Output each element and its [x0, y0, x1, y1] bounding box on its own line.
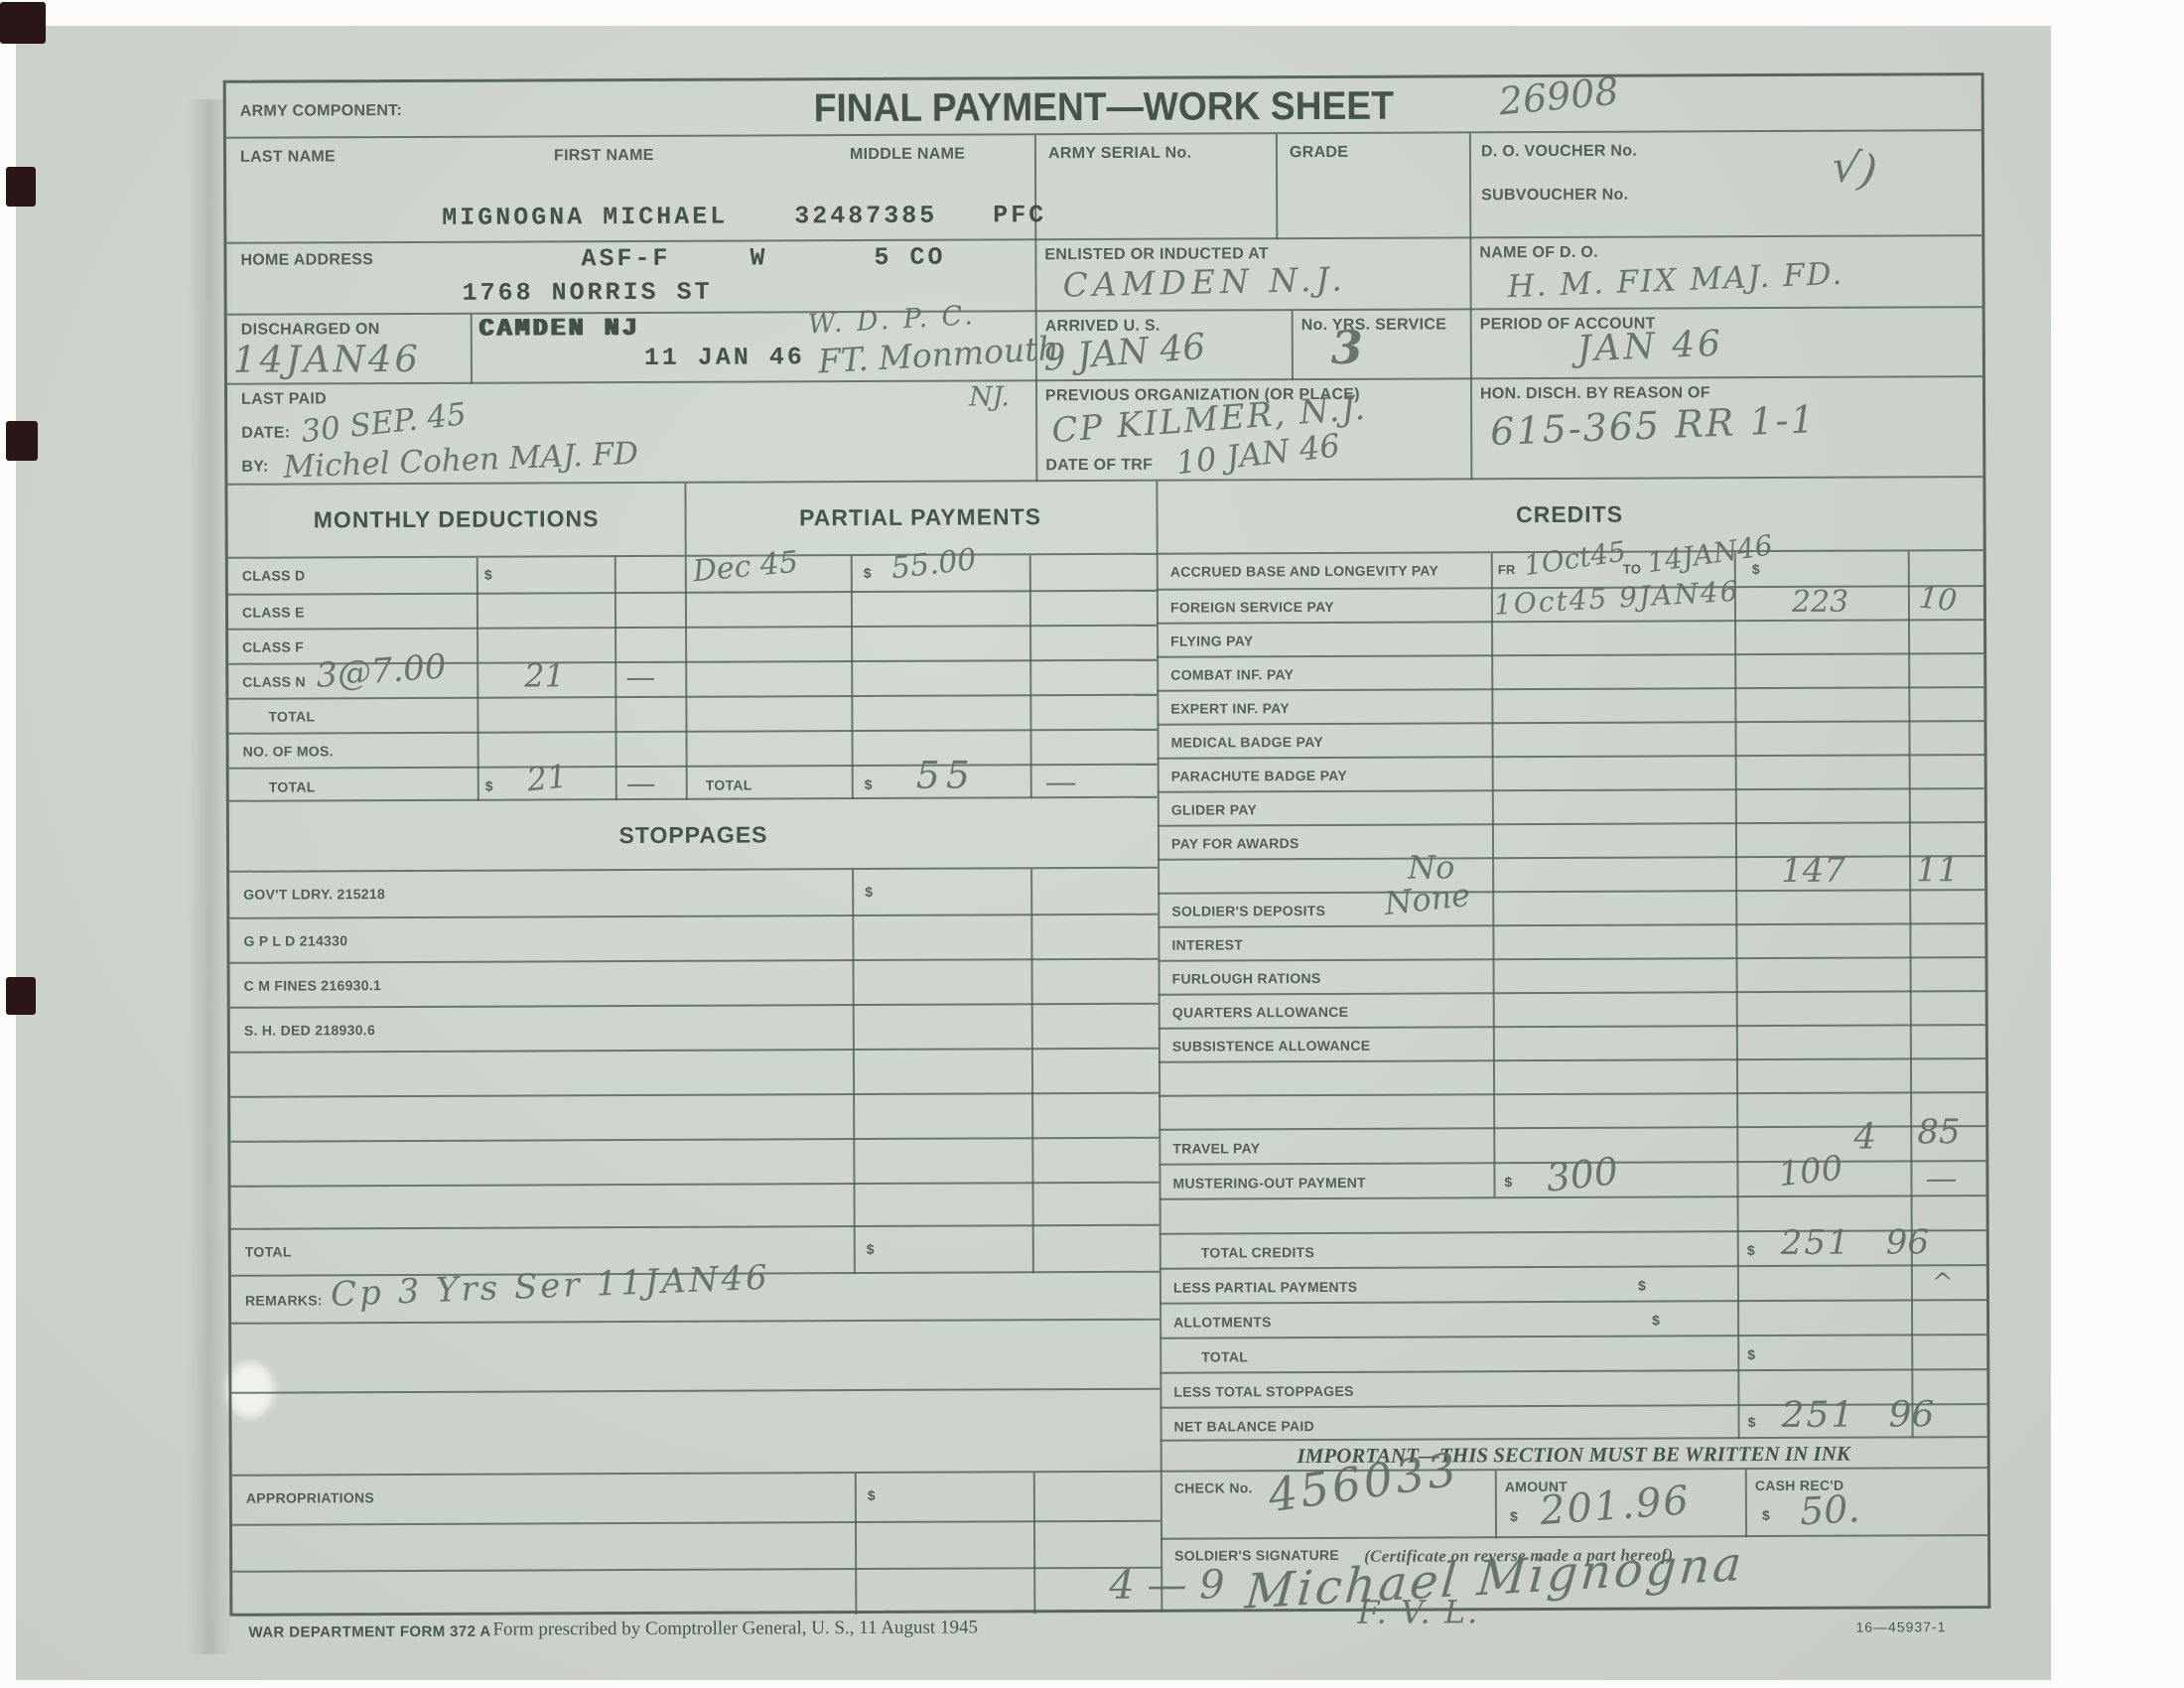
table-row: TOTAL CREDITS $ 251 96	[1160, 1229, 1986, 1268]
table-row: EXPERT INF. PAY	[1157, 686, 1983, 724]
table-row: S. H. DED 218930.6	[230, 1003, 1159, 1052]
table-row: FURLOUGH RATIONS	[1159, 956, 1985, 994]
form-prescribed-text: Form prescribed by Comptroller General, …	[492, 1618, 978, 1641]
typed-soldier-name: MIGNOGNA MICHAEL	[442, 203, 728, 232]
table-row: GLIDER PAY	[1158, 787, 1984, 825]
table-row: TOTAL	[228, 694, 1157, 733]
main-body: MONTHLY DEDUCTIONS PARTIAL PAYMENTS CLAS…	[227, 476, 1987, 1614]
table-row: CLASS N 3@7.00 21 —	[228, 659, 1157, 698]
amount-value: 201.96	[1539, 1480, 1693, 1531]
row-label: S. H. DED 218930.6	[244, 1022, 375, 1039]
total-credits-label: TOTAL CREDITS	[1201, 1244, 1314, 1260]
table-row: C M FINES 216930.1	[230, 958, 1159, 1007]
row-label: NO. OF MOS.	[243, 743, 334, 759]
table-row: CLASS E	[228, 590, 1157, 629]
discharged-on-value: 14JAN46	[233, 341, 421, 378]
row-label: GLIDER PAY	[1171, 801, 1257, 817]
amount-cents: —	[1925, 1162, 1957, 1194]
hon-disch-label: HON. DISCH. BY REASON OF	[1480, 384, 1710, 403]
dollar-sign: $	[1762, 1507, 1770, 1523]
row-label: CLASS F	[242, 638, 304, 654]
row-label: TOTAL	[269, 778, 316, 794]
period-of-account-value: JAN 46	[1576, 327, 1723, 368]
credits-title: CREDITS	[1157, 499, 1983, 530]
remarks-label: REMARKS:	[245, 1292, 323, 1308]
row-label: COMBAT INF. PAY	[1170, 666, 1294, 683]
divider	[1032, 1226, 1034, 1273]
table-row: MEDICAL BADGE PAY	[1157, 720, 1983, 758]
row-label: CLASS D	[242, 567, 306, 583]
amount-dollars: 223	[1792, 588, 1848, 618]
row-label: CLASS N	[242, 673, 306, 689]
dollar-sign: $	[867, 1241, 875, 1257]
total-label: TOTAL	[245, 1244, 292, 1260]
divider	[854, 1227, 856, 1274]
divider	[1469, 133, 1471, 238]
stoppages-table: GOV'T LDRY. 215218 $ G P L D 214330 C M …	[229, 867, 1160, 1228]
grade-label: GRADE	[1290, 144, 1348, 162]
dollar-sign: $	[1747, 1346, 1755, 1362]
table-row	[230, 1048, 1159, 1096]
divider	[1034, 240, 1036, 312]
row-label: GOV'T LDRY. 215218	[243, 886, 385, 903]
army-component-row: ARMY COMPONENT: FINAL PAYMENT—WORK SHEET…	[226, 75, 1981, 137]
table-row	[230, 1182, 1159, 1230]
table-row: G P L D 214330	[229, 914, 1158, 962]
table-row: LESS PARTIAL PAYMENTS $ ^	[1160, 1264, 1986, 1303]
home-address-label: HOME ADDRESS	[240, 251, 373, 270]
typed-city-overstruck: CAMDEN NJ	[479, 314, 640, 344]
typed-company: 5 CO	[874, 243, 945, 272]
right-half: CREDITS ACCRUED BASE AND LONGEVITY PAY F…	[1156, 478, 1987, 1612]
none-annotation: None	[1383, 879, 1472, 919]
subvoucher-handwritten-mark: √)	[1829, 144, 1880, 195]
print-code: 16—45937-1	[1855, 1618, 1946, 1634]
row-label: LESS PARTIAL PAYMENTS	[1173, 1279, 1358, 1296]
row-label: SOLDIER'S DEPOSITS	[1171, 903, 1325, 919]
fr-label: FR	[1498, 562, 1516, 577]
net-balance-dollars: 251	[1781, 1398, 1855, 1434]
dollar-sign: $	[1748, 1414, 1756, 1430]
table-row: SOLDIER'S DEPOSITS None	[1158, 889, 1984, 926]
table-row: PAY FOR AWARDS	[1158, 821, 1984, 859]
table-row: CLASS D $ Dec 45 $ 55.00	[228, 555, 1157, 594]
date-of-trf-label: DATE OF TRF	[1045, 457, 1153, 475]
credits-table: ACCRUED BASE AND LONGEVITY PAY FR 1Oct45…	[1157, 549, 1987, 1440]
table-row: COMBAT INF. PAY	[1157, 652, 1983, 690]
row-label: TOTAL	[268, 708, 315, 724]
do-voucher-label: D. O. VOUCHER No.	[1481, 143, 1637, 162]
typed-unit: ASF-F	[581, 244, 670, 273]
table-row: GOV'T LDRY. 215218 $	[229, 869, 1158, 917]
table-row: APPROPRIATIONS $	[232, 1473, 1160, 1524]
middle-name-label: MIDDLE NAME	[850, 146, 965, 165]
net-balance-cents: 96	[1888, 1397, 1934, 1433]
row-label: EXPERT INF. PAY	[1170, 700, 1290, 717]
table-row: QUARTERS ALLOWANCE	[1159, 990, 1985, 1028]
hw-fort-monmouth: FT. Monmouth	[817, 332, 1059, 378]
table-row	[230, 1137, 1159, 1186]
row-label: CLASS E	[242, 604, 305, 620]
amount-dollars: 21	[524, 659, 565, 691]
subvoucher-label: SUBVOUCHER No.	[1481, 187, 1628, 206]
dollar-sign: $	[865, 776, 873, 792]
divider	[471, 315, 473, 384]
row-label: FURLOUGH RATIONS	[1172, 970, 1321, 987]
appropriations-table: APPROPRIATIONS $	[232, 1471, 1161, 1616]
divider	[1470, 310, 1472, 379]
row-label: SUBSISTENCE ALLOWANCE	[1172, 1038, 1371, 1055]
dollar-sign: $	[485, 778, 493, 794]
deductions-header-band: MONTHLY DEDUCTIONS PARTIAL PAYMENTS	[227, 482, 1156, 557]
do-name-value: H. M. FIX MAJ. FD.	[1507, 259, 1844, 303]
deductions-total-dollars: 21	[525, 760, 569, 795]
table-row: ACCRUED BASE AND LONGEVITY PAY FR 1Oct45…	[1157, 551, 1983, 589]
by-label: BY:	[241, 459, 268, 477]
cash-recd-value: 50.	[1799, 1489, 1860, 1530]
dollar-sign: $	[484, 567, 492, 583]
do-voucher-number-handwritten: 26908	[1497, 71, 1620, 120]
stoppages-header-band: STOPPAGES	[229, 796, 1158, 871]
table-row	[230, 1092, 1159, 1141]
divider	[1745, 1470, 1747, 1537]
yrs-service-value: 3	[1331, 325, 1363, 370]
row-label: INTEREST	[1171, 936, 1243, 952]
divider	[1495, 1471, 1497, 1538]
table-row	[1159, 1057, 1985, 1095]
divider	[1035, 381, 1037, 482]
hw-wd-pc: W. D. P. C.	[807, 302, 976, 339]
arrived-us-value: 9 JAN 46	[1042, 330, 1207, 377]
dollar-sign: $	[1510, 1508, 1518, 1524]
page-title: FINAL PAYMENT—WORK SHEET	[288, 81, 1920, 133]
signature-row: SOLDIER'S SIGNATURE (Certificate on reve…	[1160, 1534, 1987, 1612]
table-row: PARACHUTE BADGE PAY	[1158, 754, 1984, 791]
total-credits-cents: 96	[1886, 1225, 1929, 1259]
partial-payment-amount: 55.00	[889, 545, 978, 584]
table-row	[232, 1520, 1160, 1571]
dollar-sign: $	[1747, 1242, 1755, 1258]
typed-w: W	[750, 243, 767, 272]
row-label: TRAVEL PAY	[1172, 1140, 1260, 1156]
first-name-label: FIRST NAME	[554, 147, 654, 165]
name-serial-row: LAST NAME FIRST NAME MIDDLE NAME ARMY SE…	[226, 129, 1981, 242]
divider	[1276, 134, 1278, 239]
dollar-sign: $	[1652, 1313, 1660, 1329]
row-label: NET BALANCE PAID	[1174, 1418, 1315, 1435]
partial-payments-title: PARTIAL PAYMENTS	[685, 503, 1157, 532]
row-label: C M FINES 216930.1	[244, 977, 382, 994]
table-row: LESS TOTAL STOPPAGES	[1160, 1368, 1986, 1407]
blank-row	[231, 1319, 1160, 1392]
dollar-sign: $	[865, 884, 873, 900]
typed-serial-number: 32487385	[794, 202, 937, 231]
discharge-row: DISCHARGED ON 14JAN46 CAMDEN NJ 11 JAN 4…	[227, 306, 1982, 383]
total-credits-dollars: 251	[1781, 1226, 1851, 1260]
table-row: INTEREST	[1158, 922, 1984, 960]
divider	[1469, 238, 1471, 310]
hw-nj: NJ.	[969, 383, 1010, 410]
amount-dollars: 147	[1781, 854, 1845, 888]
typed-discharge-date: 11 JAN 46	[644, 343, 805, 372]
remarks-row: REMARKS: Cp 3 Yrs Ser 11JAN46	[231, 1271, 1160, 1323]
row-label: MEDICAL BADGE PAY	[1171, 734, 1323, 751]
left-half: MONTHLY DEDUCTIONS PARTIAL PAYMENTS CLAS…	[227, 482, 1160, 1616]
caret-mark: ^	[1932, 1270, 1954, 1296]
row-label: LESS TOTAL STOPPAGES	[1173, 1383, 1353, 1400]
table-row: FLYING PAY	[1157, 619, 1983, 656]
signature-left-mark: 4 — 9	[1109, 1565, 1225, 1606]
deductions-table: CLASS D $ Dec 45 $ 55.00 CLASS E CLASS F…	[228, 553, 1158, 800]
table-row: ALLOTMENTS $	[1160, 1299, 1986, 1337]
amount-cents: 10	[1918, 583, 1959, 617]
signature-fvl-mark: F. V. L.	[1357, 1596, 1479, 1628]
form-id: WAR DEPARTMENT FORM 372 A	[248, 1623, 490, 1641]
divider	[1470, 379, 1472, 480]
partial-payment-date: Dec 45	[692, 548, 800, 588]
class-n-note: 3@7.00	[315, 649, 448, 693]
partial-total-label: TOTAL	[706, 776, 752, 792]
typed-street-address: 1768 NORRIS ST	[463, 278, 713, 308]
appropriations-label: APPROPRIATIONS	[246, 1489, 374, 1506]
mustering-out-note: 300	[1545, 1152, 1620, 1197]
do-name-label: NAME OF D. O.	[1479, 244, 1598, 263]
tilted-scan-layer: ARMY COMPONENT: FINAL PAYMENT—WORK SHEET…	[0, 0, 2184, 1688]
divider	[1292, 311, 1294, 380]
blank-row	[231, 1388, 1160, 1475]
stoppages-title: STOPPAGES	[229, 820, 1158, 851]
table-row: TOTAL $	[1160, 1334, 1986, 1372]
final-payment-worksheet-form: ARMY COMPONENT: FINAL PAYMENT—WORK SHEET…	[223, 72, 1991, 1617]
amount-cents: 11	[1916, 853, 1959, 887]
last-name-label: LAST NAME	[240, 148, 336, 166]
typed-grade: PFC	[993, 201, 1046, 229]
last-paid-row: LAST PAID DATE: 30 SEP. 45 BY: Michel Co…	[227, 375, 1982, 484]
partial-total-cents: —	[1045, 766, 1077, 797]
address-row: HOME ADDRESS ASF-F W 5 CO 1768 NORRIS ST…	[226, 234, 1981, 314]
row-label: PARACHUTE BADGE PAY	[1171, 768, 1347, 784]
row-label: TOTAL	[1201, 1348, 1248, 1364]
deductions-total-cents: —	[626, 770, 656, 799]
dollar-sign: $	[868, 1487, 876, 1503]
serial-number-label: ARMY SERIAL No.	[1048, 145, 1191, 164]
important-band: IMPORTANT—THIS SECTION MUST BE WRITTEN I…	[1160, 1436, 1987, 1471]
row-label: ACCRUED BASE AND LONGEVITY PAY	[1170, 562, 1438, 579]
table-row	[232, 1567, 1160, 1618]
row-label: PAY FOR AWARDS	[1171, 835, 1299, 852]
hon-disch-value: 615-365 RR 1-1	[1490, 400, 1818, 451]
table-row: NO. OF MOS.	[229, 729, 1158, 768]
row-label: ALLOTMENTS	[1173, 1314, 1272, 1330]
date-label: DATE:	[241, 425, 290, 443]
row-label: FOREIGN SERVICE PAY	[1170, 599, 1334, 616]
amount-dollars: 100	[1777, 1151, 1844, 1192]
yrs-service-label: No. YRS. SERVICE	[1301, 316, 1447, 335]
table-row	[1160, 1195, 1986, 1233]
row-label: QUARTERS ALLOWANCE	[1172, 1004, 1349, 1021]
table-row: SUBSISTENCE ALLOWANCE	[1159, 1024, 1985, 1061]
dollar-sign: $	[1504, 1174, 1512, 1190]
monthly-deductions-title: MONTHLY DEDUCTIONS	[228, 505, 685, 534]
table-row: FOREIGN SERVICE PAY 1Oct45 9JAN46 223 10	[1157, 585, 1983, 623]
check-number-label: CHECK No.	[1174, 1479, 1253, 1495]
important-text: IMPORTANT—THIS SECTION MUST BE WRITTEN I…	[1160, 1441, 1987, 1470]
row-label: G P L D 214330	[243, 932, 347, 948]
row-label: FLYING PAY	[1170, 633, 1253, 648]
enlisted-at-value: CAMDEN N.J.	[1062, 262, 1347, 301]
table-row: No 147 11	[1158, 855, 1984, 893]
dollar-sign: $	[1638, 1278, 1646, 1294]
check-row: CHECK No. 456033 AMOUNT $ 201.96 CASH RE…	[1160, 1467, 1987, 1538]
amount-cents: —	[625, 663, 655, 693]
dollar-sign: $	[864, 565, 872, 581]
discharged-on-label: DISCHARGED ON	[241, 321, 380, 340]
travel-pay-cents: 85	[1917, 1115, 1960, 1149]
scanned-document-page: ARMY COMPONENT: FINAL PAYMENT—WORK SHEET…	[0, 0, 2184, 1688]
row-label: MUSTERING-OUT PAYMENT	[1172, 1175, 1366, 1192]
table-row: MUSTERING-OUT PAYMENT $ 300 100 —	[1159, 1160, 1985, 1198]
partial-total-dollars: 55	[916, 757, 977, 794]
last-paid-label: LAST PAID	[241, 390, 327, 408]
travel-pay-dollars: 4	[1853, 1120, 1876, 1156]
